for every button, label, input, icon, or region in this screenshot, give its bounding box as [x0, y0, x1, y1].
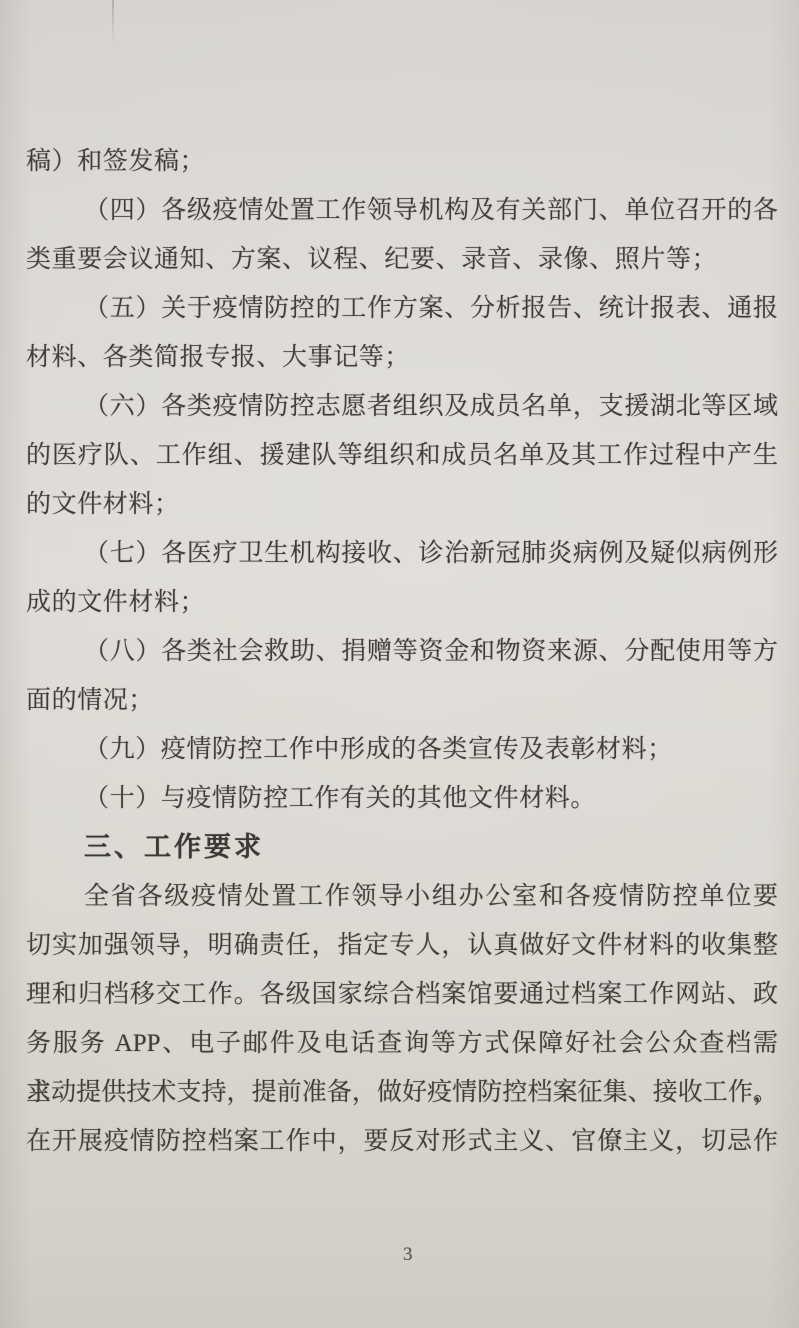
text-line: 主动提供技术支持，提前准备，做好疫情防控档案征集、接收工作。 [26, 1068, 778, 1117]
text-line: 材料、各类简报专报、大事记等； [26, 333, 778, 382]
document-page: 稿）和签发稿；（四）各级疫情处置工作领导机构及有关部门、单位召开的各类重要会议通… [0, 0, 799, 1328]
text-line: 切实加强领导，明确责任，指定专人，认真做好文件材料的收集整 [26, 921, 778, 970]
page-number: 3 [403, 1243, 413, 1267]
text-line: （四）各级疫情处置工作领导机构及有关部门、单位召开的各 [26, 186, 778, 235]
text-line: 的文件材料； [26, 480, 778, 529]
text-line: （九）疫情防控工作中形成的各类宣传及表彰材料； [26, 725, 778, 774]
text-line: 理和归档移交工作。各级国家综合档案馆要通过档案工作网站、政 [26, 970, 778, 1019]
text-line: 类重要会议通知、方案、议程、纪要、录音、录像、照片等； [26, 235, 778, 284]
text-line: （十）与疫情防控工作有关的其他文件材料。 [26, 774, 778, 823]
paper-crease [112, 0, 114, 46]
text-line: 务服务 APP、电子邮件及电话查询等方式保障好社会公众查档需求， [26, 1019, 778, 1068]
text-line: （七）各医疗卫生机构接收、诊治新冠肺炎病例及疑似病例形 [26, 529, 778, 578]
text-line: 的医疗队、工作组、援建队等组织和成员名单及其工作过程中产生 [26, 431, 778, 480]
text-line: （五）关于疫情防控的工作方案、分析报告、统计报表、通报 [26, 284, 778, 333]
text-line: 在开展疫情防控档案工作中，要反对形式主义、官僚主义，切忌作 [26, 1117, 778, 1166]
text-line: （六）各类疫情防控志愿者组织及成员名单，支援湖北等区域 [26, 382, 778, 431]
text-line: （八）各类社会救助、捐赠等资金和物资来源、分配使用等方 [26, 627, 778, 676]
text-line: 面的情况； [26, 676, 778, 725]
text-line: 稿）和签发稿； [26, 137, 778, 186]
document-body: 稿）和签发稿；（四）各级疫情处置工作领导机构及有关部门、单位召开的各类重要会议通… [26, 137, 778, 1166]
text-line: 全省各级疫情处置工作领导小组办公室和各疫情防控单位要 [26, 872, 778, 921]
section-heading: 三、工作要求 [26, 823, 778, 872]
text-line: 成的文件材料； [26, 578, 778, 627]
